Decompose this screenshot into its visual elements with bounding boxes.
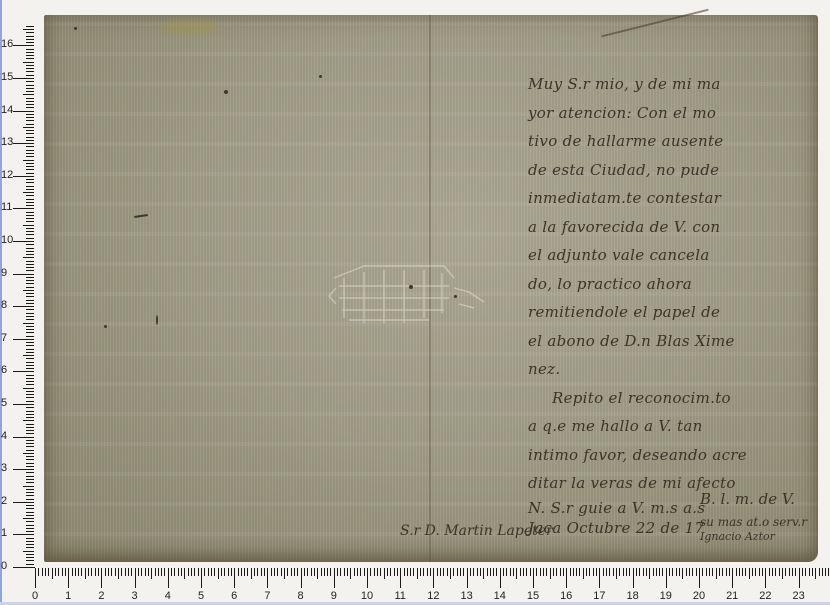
ruler-tick [23,388,34,389]
ruler-tick [35,568,36,588]
ruler-tick [26,440,34,441]
ruler-label: 1 [65,590,71,602]
ruler-tick [201,568,202,588]
ruler-tick [221,568,222,576]
ruler-tick [828,568,829,576]
ruler-tick [26,336,34,337]
ruler-tick [26,538,34,539]
ruler-label: 4 [1,431,7,442]
paper-speck [224,90,228,94]
ruler-tick [204,568,205,576]
ruler-tick [314,568,315,576]
ruler-tick [72,568,73,576]
ruler-tick [26,42,34,43]
ruler-tick [579,568,580,576]
ruler-tick [26,476,34,477]
ruler-tick [247,568,248,576]
ruler-tick [736,568,737,576]
ruler-tick [231,568,232,576]
ruler-tick [101,568,102,588]
ruler-tick [809,568,810,576]
paper-speck [156,315,158,325]
ruler-tick [789,568,790,576]
ruler-tick [48,568,49,576]
ruler-tick [26,52,34,53]
ruler-label: 12 [427,590,439,602]
letter-line: el adjunto vale cancela [528,241,778,270]
ruler-tick [26,221,34,222]
ruler-tick [42,568,43,576]
letter-line: a la favorecida de V. con [528,213,778,242]
ruler-tick [669,568,670,576]
ruler-tick [284,568,285,579]
ruler-tick [211,568,212,576]
ruler-tick [26,293,34,294]
ruler-tick [533,568,534,588]
ruler-tick [13,176,34,177]
ruler-tick [52,568,53,579]
ruler-tick [805,568,806,576]
ruler-tick [277,568,278,576]
ruler-tick [26,427,34,428]
ruler-tick [13,241,34,242]
ruler-tick [523,568,524,576]
ruler-tick [672,568,673,576]
ruler-tick [742,568,743,576]
ruler-tick [26,133,34,134]
ruler-tick [26,36,34,37]
ruler-tick [26,195,34,196]
ruler-label: 5 [198,590,204,602]
ruler-tick [799,568,800,588]
ruler-tick [26,32,34,33]
ruler-tick [224,568,225,576]
ruler-tick [437,568,438,576]
ruler-tick [795,568,796,576]
ruler-tick [274,568,275,576]
ruler-tick [560,568,561,576]
ruler-tick [26,234,34,235]
ruler-tick [606,568,607,576]
ruler-tick [623,568,624,576]
ruler-tick [26,114,34,115]
ruler-tick [26,505,34,506]
ruler-tick [168,568,169,588]
ruler-tick [241,568,242,576]
ruler-tick [26,117,34,118]
ruler-tick [483,568,484,579]
ruler-tick [779,568,780,576]
ruler-tick [141,568,142,576]
signature-name: Ignacio Aztor [700,530,775,543]
ruler-tick [26,277,34,278]
ruler-tick [26,85,34,86]
ruler-tick [26,309,34,310]
ruler-tick [772,568,773,576]
ruler-tick [26,381,34,382]
ruler-tick [467,568,468,588]
ruler-tick [188,568,189,576]
ruler-label: 20 [693,590,705,602]
ruler-tick [394,568,395,576]
ruler-tick [23,62,34,63]
ruler-tick [321,568,322,576]
ruler-tick [26,130,34,131]
ruler-tick [815,568,816,579]
ruler-tick [26,101,34,102]
letter-line: tivo de hallarme ausente [528,127,778,156]
ruler-tick [347,568,348,576]
ruler-label: 21 [726,590,738,602]
ruler-tick [26,508,34,509]
ruler-tick [26,264,34,265]
letter-line: el abono de D.n Blas Xime [528,327,778,356]
ruler-tick [26,499,34,500]
ruler-tick [510,568,511,576]
ruler-tick [26,49,34,50]
ruler-tick [26,55,34,56]
ruler-tick [360,568,361,576]
ruler-tick [23,225,34,226]
ruler-tick [662,568,663,576]
ruler-label: 9 [331,590,337,602]
ruler-label: 13 [460,590,472,602]
letter-line: a q.e me hallo a V. tan [528,412,778,441]
ruler-tick [460,568,461,576]
ruler-tick [463,568,464,576]
ruler-tick [500,568,501,588]
ruler-tick [13,208,34,209]
ruler-tick [493,568,494,576]
ruler-tick [198,568,199,576]
ruler-tick [26,472,34,473]
ruler-tick [583,568,584,579]
ruler-tick [174,568,175,576]
ruler-tick [470,568,471,576]
paper-speck [74,27,77,30]
ruler-tick [26,349,34,350]
ruler-tick [397,568,398,576]
ruler-tick [709,568,710,576]
ruler-tick [311,568,312,576]
ruler-tick [23,486,34,487]
ruler-tick [586,568,587,576]
ruler-tick [556,568,557,576]
ruler-tick [26,248,34,249]
ruler-tick [26,512,34,513]
ruler-tick [656,568,657,576]
ruler-tick [261,568,262,576]
ruler-tick [128,568,129,576]
ruler-tick [85,568,86,579]
ruler-tick [238,568,239,576]
ruler-tick [380,568,381,576]
ruler-tick [26,433,34,434]
ruler-tick [775,568,776,576]
ruler-tick [427,568,428,576]
addressee: S.r D. Martin Lapeter [400,523,553,539]
ruler-tick [264,568,265,576]
ruler-tick [26,189,34,190]
ruler-tick [26,446,34,447]
ruler-tick [26,270,34,271]
ruler-label: 8 [298,590,304,602]
ruler-tick [121,568,122,576]
ruler-tick [702,568,703,576]
ruler-tick [26,75,34,76]
ruler-tick [357,568,358,576]
ruler-tick [26,88,34,89]
ruler-tick [26,319,34,320]
ruler-tick [13,534,34,535]
ruler-tick [686,568,687,576]
ruler-tick [633,568,634,588]
ruler-tick [26,547,34,548]
ruler-tick [26,560,34,561]
ruler-tick [550,568,551,579]
ruler-tick [374,568,375,576]
ruler-tick [643,568,644,576]
ruler-tick [301,568,302,588]
ruler-tick [218,568,219,579]
ruler-tick [291,568,292,576]
ruler-label: 16 [560,590,572,602]
ruler-tick [26,521,34,522]
ruler-tick [13,502,34,503]
ruler-label: 1 [1,528,7,539]
ruler-label: 2 [98,590,104,602]
ruler-tick [228,568,229,576]
ruler-tick [26,166,34,167]
letter-line: yor atencion: Con el mo [528,99,778,128]
ruler-tick [26,482,34,483]
ruler-tick [98,568,99,576]
ruler-tick [26,202,34,203]
ruler-tick [729,568,730,576]
ruler-tick [367,568,368,588]
ruler-tick [26,107,34,108]
ruler-tick [453,568,454,576]
ruler-label: 6 [231,590,237,602]
ruler-tick [330,568,331,576]
ruler-label: 16 [1,39,13,50]
letter-line: de esta Ciudad, no pude [528,156,778,185]
ruler-label: 2 [1,496,7,507]
ruler-tick [26,430,34,431]
ruler-tick [13,371,34,372]
ruler-tick [26,163,34,164]
ruler-tick [410,568,411,576]
ruler-tick [26,397,34,398]
letter-body: Muy S.r mio, y de mi ma yor atencion: Co… [528,70,778,538]
ruler-tick [26,26,34,27]
ruler-tick [13,143,34,144]
ruler-tick [26,557,34,558]
ruler-tick [191,568,192,576]
ruler-tick [26,199,34,200]
ruler-tick [13,469,34,470]
ruler-tick [447,568,448,576]
ruler-label: 6 [1,365,7,376]
ruler-tick [214,568,215,576]
ruler-label: 15 [1,72,13,83]
ruler-tick [413,568,414,576]
ruler-tick [377,568,378,576]
ruler-tick [749,568,750,579]
ruler-tick [26,39,34,40]
ruler-tick [234,568,235,588]
ruler-tick [676,568,677,576]
ruler-tick [26,137,34,138]
ruler-tick [699,568,700,588]
ruler-tick [13,306,34,307]
ruler-tick [407,568,408,576]
ruler-tick [719,568,720,576]
ruler-tick [354,568,355,576]
ruler-tick [26,218,34,219]
ruler-tick [26,173,34,174]
ruler-tick [304,568,305,576]
ruler-tick [65,568,66,576]
paper-speck [454,295,457,298]
watermark-icon [324,258,489,333]
ruler-tick [825,568,826,576]
ruler-tick [105,568,106,576]
letter-line: Repito el reconocim.to [528,384,778,413]
ruler-tick [26,65,34,66]
ruler-tick [145,568,146,576]
ruler-tick [26,528,34,529]
ruler-tick [26,378,34,379]
ruler-tick [23,192,34,193]
ruler-label: 9 [1,268,7,279]
ruler-tick [506,568,507,576]
ruler-tick [666,568,667,588]
ruler-label: 15 [527,590,539,602]
ruler-tick [649,568,650,579]
ruler-tick [443,568,444,576]
ruler-tick [26,238,34,239]
ruler-tick [639,568,640,576]
ruler-tick [440,568,441,576]
ruler-tick [26,326,34,327]
ruler-tick [164,568,165,576]
ruler-tick [26,313,34,314]
ruler-label: 11 [394,590,405,602]
ruler-tick [653,568,654,576]
ruler-tick [26,352,34,353]
ruler-tick [450,568,451,579]
ruler-tick [387,568,388,576]
ruler-tick [26,424,34,425]
ruler-tick [404,568,405,576]
ruler-tick [125,568,126,576]
ruler-tick [26,120,34,121]
ruler-tick [26,169,34,170]
ruler-tick [158,568,159,576]
ruler-tick [23,257,34,258]
ruler-tick [108,568,109,576]
ruler-tick [26,332,34,333]
ruler-tick [646,568,647,576]
ruler-tick [819,568,820,576]
ruler-tick [26,215,34,216]
ruler-tick [26,345,34,346]
paper-speck [319,75,322,78]
ruler-tick [161,568,162,576]
ruler-tick [682,568,683,579]
ruler-tick [68,568,69,588]
ruler-tick [732,568,733,588]
ruler-tick [566,568,567,588]
ruler-tick [23,323,34,324]
ruler-tick [712,568,713,576]
ruler-tick [546,568,547,576]
ruler-tick [822,568,823,576]
ruler-tick [26,391,34,392]
ruler-tick [340,568,341,576]
ruler-tick [26,411,34,412]
ruler-tick [95,568,96,576]
ruler-tick [659,568,660,576]
ruler-tick [785,568,786,576]
ruler-tick [540,568,541,576]
ruler-tick [13,78,34,79]
ruler-tick [26,554,34,555]
ruler-tick [23,290,34,291]
ruler-label: 10 [1,235,13,246]
ruler-tick [520,568,521,576]
ruler-tick [706,568,707,576]
ruler-tick [26,515,34,516]
ruler-label: 7 [264,590,270,602]
ruler-tick [118,568,119,579]
ruler-tick [26,146,34,147]
ruler-tick [636,568,637,576]
ruler-tick [26,150,34,151]
ruler-tick [26,153,34,154]
letter-line: inmediatam.te contestar [528,184,778,213]
ruler-label: 23 [792,590,804,602]
letter-line: do, lo practico ahora [528,270,778,299]
paper-speck [104,325,107,328]
ruler-tick [573,568,574,576]
ruler-tick [23,355,34,356]
ruler-tick [23,29,34,30]
ruler-tick [251,568,252,579]
ruler-tick [26,450,34,451]
ruler-tick [26,525,34,526]
ruler-label: 0 [32,590,38,602]
ruler-tick [596,568,597,576]
ruler-tick [26,303,34,304]
ruler-tick [26,91,34,92]
ruler-tick [26,71,34,72]
ruler-tick [536,568,537,576]
ruler-tick [603,568,604,576]
ruler-label: 19 [660,590,672,602]
ruler-tick [178,568,179,576]
ruler-tick [765,568,766,588]
ruler-tick [26,254,34,255]
ruler-tick [629,568,630,576]
ruler-tick [26,531,34,532]
ruler-tick [26,384,34,385]
ruler-tick [271,568,272,576]
ruler-label: 5 [1,398,7,409]
ruler-tick [553,568,554,576]
ruler-tick [589,568,590,576]
